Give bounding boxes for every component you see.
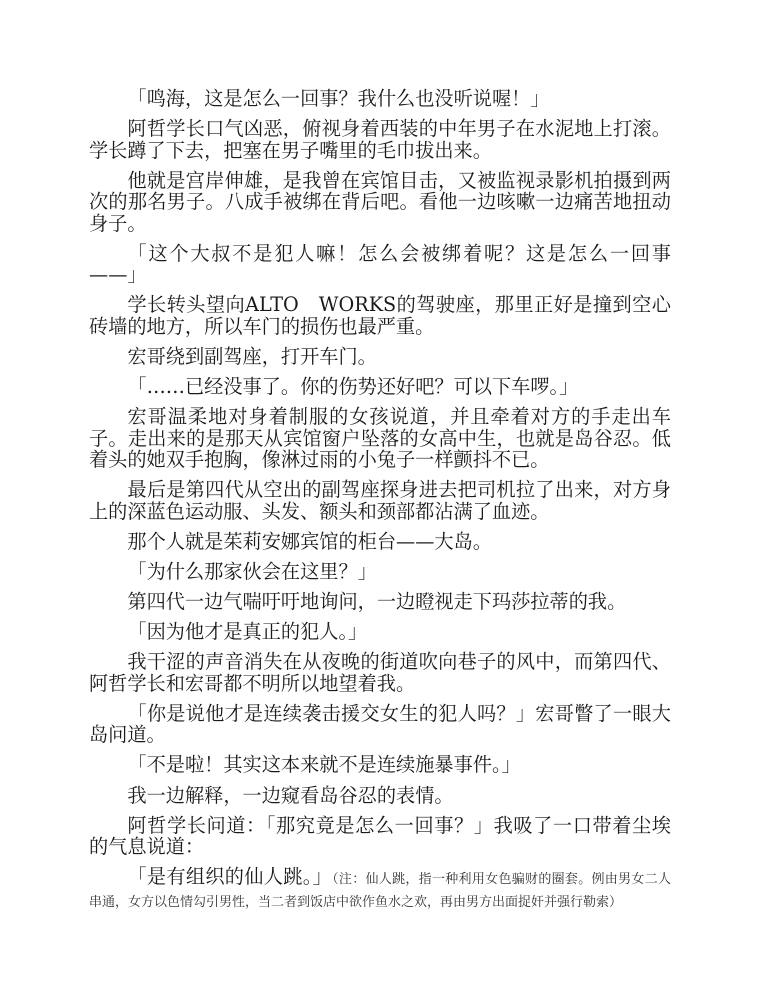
paragraph: 我一边解释，一边窥看岛谷忍的表情。 [89,785,671,807]
paragraph: 「不是啦！其实这本来就不是连续施暴事件。」 [89,754,671,776]
paragraph: 宏哥温柔地对身着制服的女孩说道，并且牵着对方的手走出车子。走出来的是那天从宾馆窗… [89,406,671,471]
paragraph: 他就是宫岸伸雄，是我曾在宾馆目击，又被监视录影机拍摄到两次的那名男子。八成手被绑… [89,170,671,235]
document-page: 「鸣海，这是怎么一回事？我什么也没听说喔！」 阿哲学长口气凶恶，俯视身着西装的中… [89,88,671,921]
paragraph-with-note: 「是有组织的仙人跳。」（注：仙人跳，指一种利用女色骗财的圈套。例由男女二人串通，… [89,866,671,912]
paragraph: 学长转头望向ALTO WORKS的驾驶座，那里正好是撞到空心砖墙的地方，所以车门… [89,294,671,337]
paragraph: 「……已经没事了。你的伤势还好吧？可以下车啰。」 [89,376,671,398]
paragraph: 「这个大叔不是犯人嘛！怎么会被绑着呢？这是怎么一回事——」 [89,243,671,286]
paragraph: 「你是说他才是连续袭击援交女生的犯人吗？」宏哥瞥了一眼大岛问道。 [89,703,671,746]
paragraph: 「为什么那家伙会在这里？」 [89,561,671,583]
paragraph: 那个人就是茱莉安娜宾馆的柜台——大岛。 [89,531,671,553]
paragraph: 最后是第四代从空出的副驾座探身进去把司机拉了出来，对方身上的深蓝色运动服、头发、… [89,479,671,522]
paragraph: 阿哲学长问道：「那究竟是怎么一回事？」我吸了一口带着尘埃的气息说道： [89,815,671,858]
paragraph: 第四代一边气喘吁吁地询问，一边瞪视走下玛莎拉蒂的我。 [89,591,671,613]
paragraph: 宏哥绕到副驾座，打开车门。 [89,346,671,368]
paragraph: 我干涩的声音消失在从夜晚的街道吹向巷子的风中，而第四代、阿哲学长和宏哥都不明所以… [89,651,671,694]
dialogue-text: 「是有组织的仙人跳。」 [127,865,332,888]
paragraph: 阿哲学长口气凶恶，俯视身着西装的中年男子在水泥地上打滚。学长蹲了下去，把塞在男子… [89,118,671,161]
paragraph: 「因为他才是真正的犯人。」 [89,621,671,643]
paragraph: 「鸣海，这是怎么一回事？我什么也没听说喔！」 [89,88,671,110]
